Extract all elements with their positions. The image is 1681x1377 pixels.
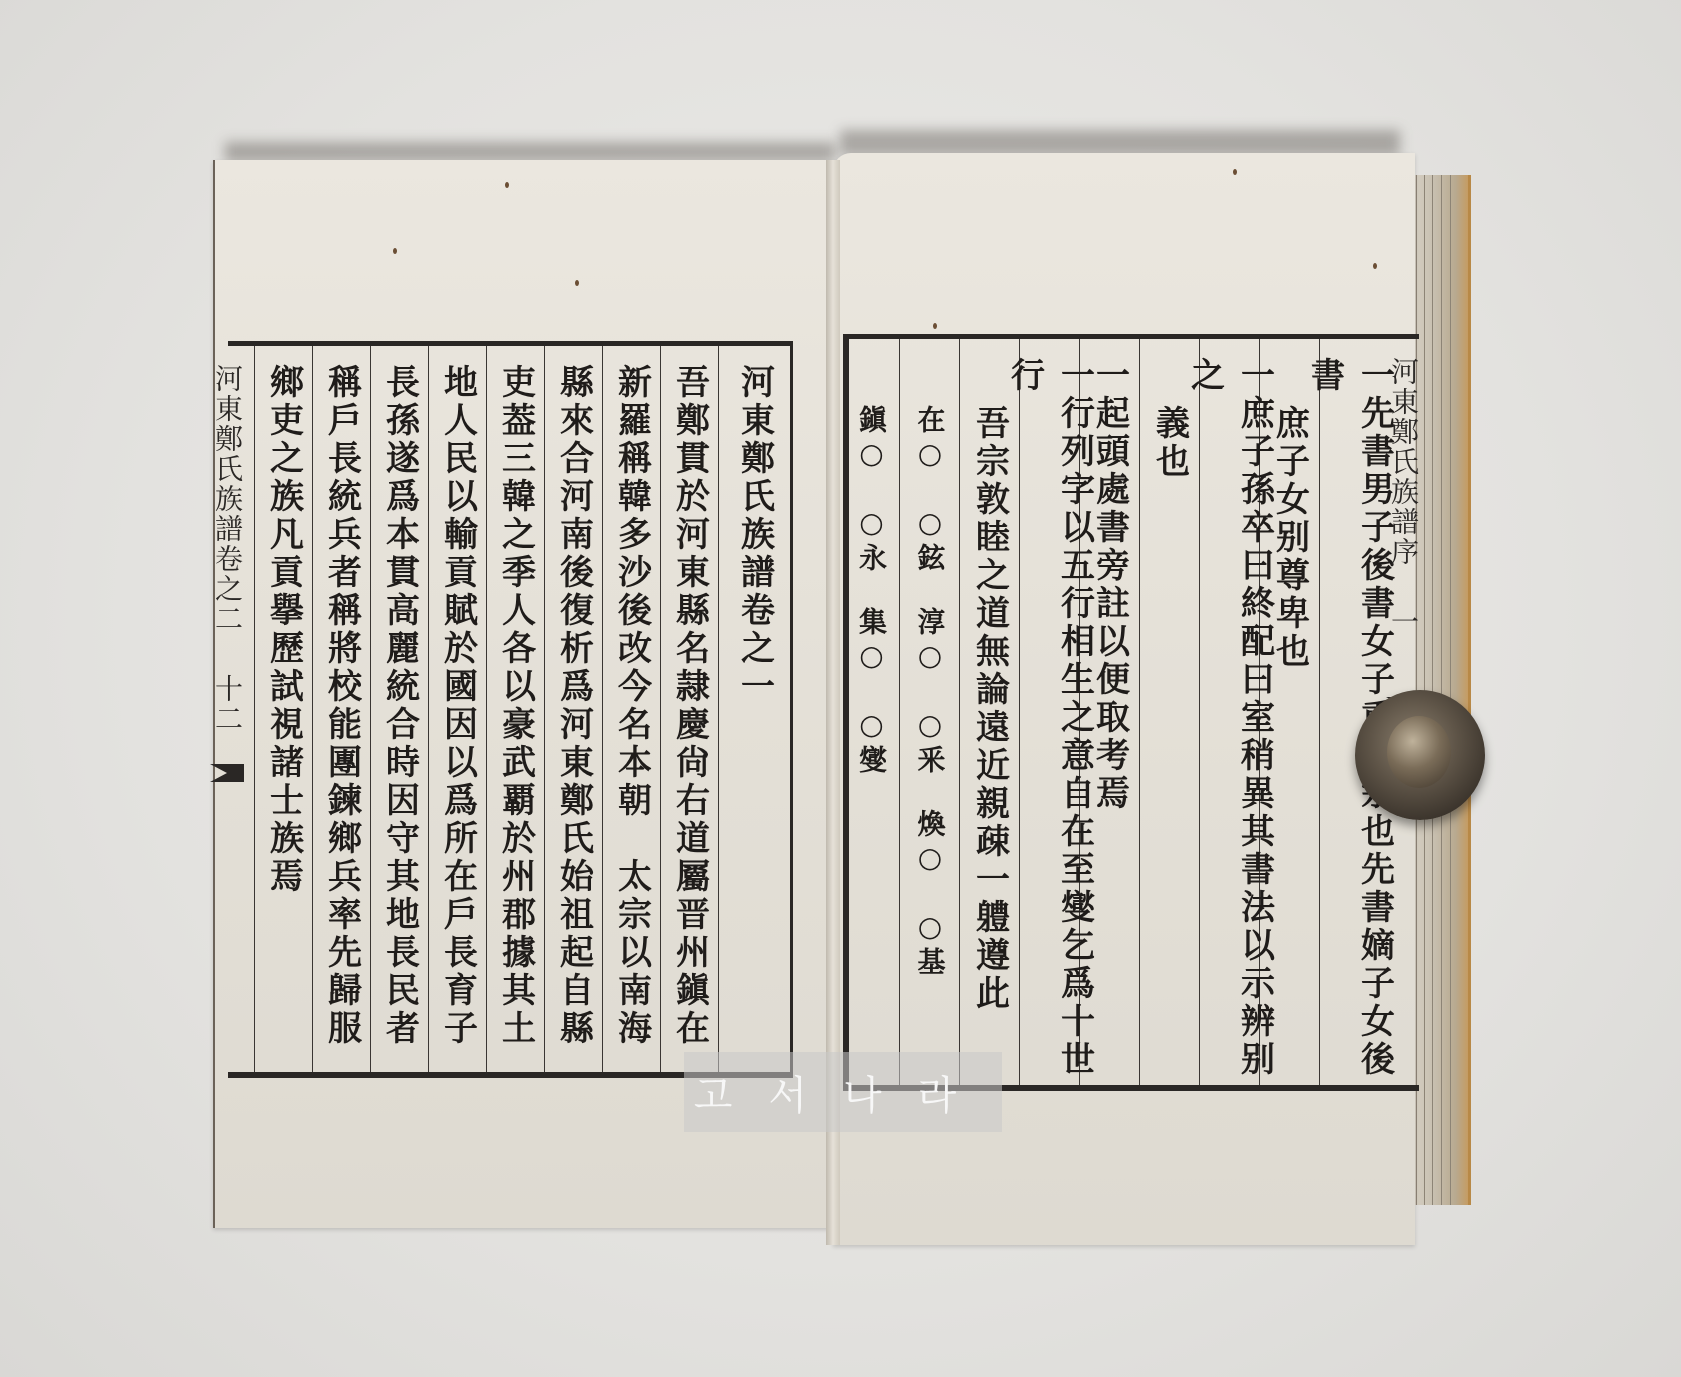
left-spine-label: 河東鄭氏族譜卷之二 十二 [198,346,256,1072]
left-col-1: 河東鄭氏族譜卷之一 [718,346,790,1072]
right-col-7: 吾宗敦睦之道無論遠近親疎一軆遵此 [959,339,1019,1085]
watermark: 고서나라 [684,1052,1002,1132]
right-col-4: 義也 [1139,339,1199,1085]
right-col-8: 在○ ○鉉 淳○ ○釆 煥○ ○基 [899,339,959,1085]
right-col-3: 一庶子孫卒曰終配曰室稍異其書法以示辨别之 [1199,339,1259,1085]
fish-tail-mark-icon [210,764,244,782]
left-col-9: 鄉吏之族凡貢擧歷試視諸士族焉 [254,346,312,1072]
left-col-2: 吾鄭貫於河東縣名隷慶尙右道屬晋州鎭在 [660,346,718,1072]
brass-book-weight [1355,690,1485,820]
right-page-text-frame: 一先書男子後書女子重本宗也先書嫡子女後書 庶子女别尊卑也 一庶子孫卒曰終配曰室稍… [843,334,1419,1091]
left-col-3: 新羅稱韓多沙後改今名本朝 太宗以南海 [602,346,660,1072]
left-col-4: 縣來合河南後復析爲河東鄭氏始祖起自縣 [544,346,602,1072]
left-col-8: 稱戶長統兵者稱將校能團鍊鄉兵率先歸服 [312,346,370,1072]
left-col-5: 吏葢三韓之季人各以豪武覇於州郡據其土 [486,346,544,1072]
page-shadow-left [225,142,835,162]
left-col-7: 長孫遂爲本貫高麗統合時因守其地長民者 [370,346,428,1072]
right-col-6: 一行列字以五行相生之意自在至燮乞爲十世行 [1019,339,1079,1085]
left-page-text-frame: 河東鄭氏族譜卷之一 吾鄭貫於河東縣名隷慶尙右道屬晋州鎭在 新羅稱韓多沙後改今名本… [228,341,793,1078]
right-col-9: 鎭○ ○永 集○ ○燮 [843,339,899,1085]
left-col-6: 地人民以輸貢賦於國因以爲所在戶長育子 [428,346,486,1072]
